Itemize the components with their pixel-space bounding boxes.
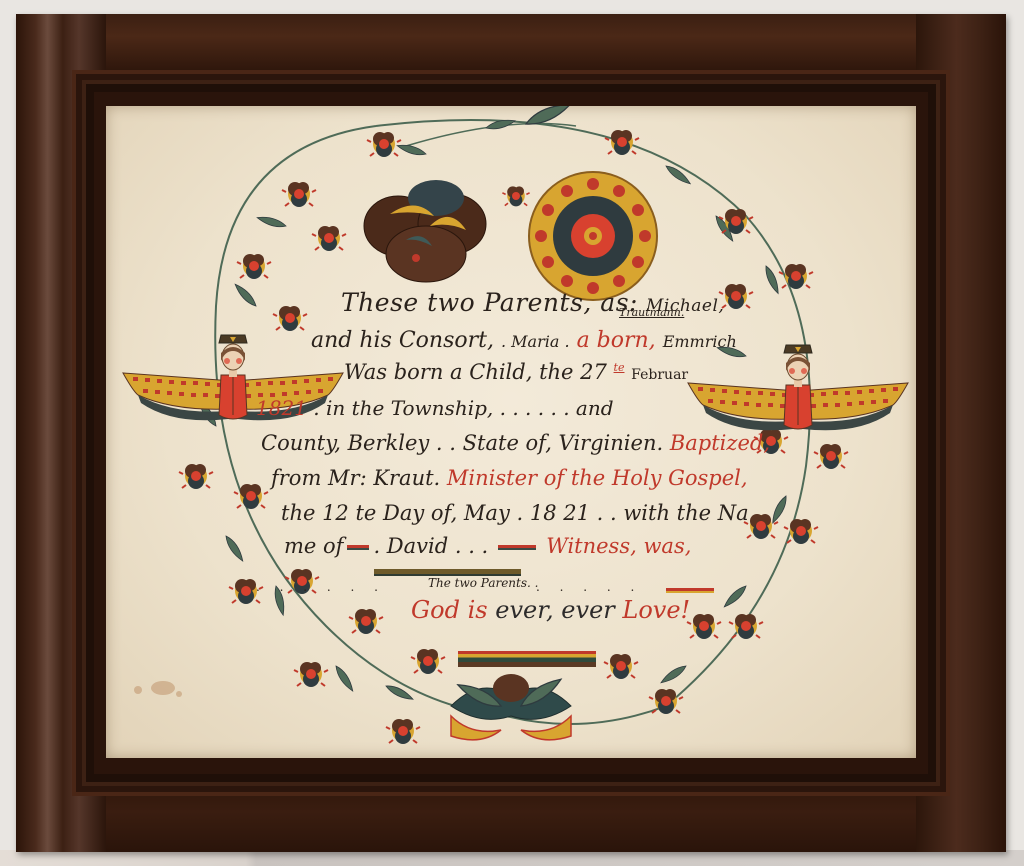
motto-part: Love! <box>622 596 690 624</box>
baptism-date: the 12 te Day of, May . 18 21 . . with t… <box>281 501 749 525</box>
consort-lead: and his Consort, <box>311 328 494 353</box>
motto: God is ever, ever Love! <box>411 596 690 624</box>
red-dash <box>498 545 536 550</box>
text-line-township: 1821 . in the Township, . . . . . . and <box>256 396 614 420</box>
mother-name: . Maria . <box>501 332 570 351</box>
motto-part: God is <box>411 596 488 624</box>
striped-bar <box>458 651 596 667</box>
name-lead: me of <box>284 534 343 558</box>
minister-name: from Mr: Kraut. <box>271 466 440 490</box>
county-text: County, Berkley . . <box>261 431 456 455</box>
wall-background <box>0 850 1024 866</box>
red-dash <box>347 545 369 550</box>
text-line-minister: from Mr: Kraut. Minister of the Holy Gos… <box>271 466 748 490</box>
and-word: and <box>576 396 614 420</box>
bottom-bouquet <box>451 674 571 740</box>
parents-lead: These two Parents, as: <box>341 288 638 317</box>
day-suffix: te <box>614 361 625 374</box>
text-line-county: County, Berkley . . State of, Virginien.… <box>261 431 770 455</box>
frame-top <box>16 14 1006 70</box>
yellow-rosette-flower <box>529 172 657 300</box>
text-line-birth: Was born a Child, the 27 te Februar <box>344 360 688 384</box>
winged-figure-right <box>688 345 908 430</box>
surname: Trautmann. <box>619 306 684 319</box>
township-text: . in the Township, . . . . . . <box>313 396 569 420</box>
birth-month: Februar <box>631 367 688 383</box>
text-line-baptism-date: the 12 te Day of, May . 18 21 . . with t… <box>281 501 749 525</box>
dotted-leader: . . . . . <box>536 580 642 594</box>
minister-title: Minister of the Holy Gospel, <box>447 466 748 490</box>
ornamental-bar <box>374 569 521 576</box>
birth-year: 1821 <box>256 396 307 420</box>
birth-lead: Was born a Child, the 27 <box>344 360 607 384</box>
ornamental-dash <box>666 588 714 593</box>
text-line-consort: and his Consort, . Maria . a born, Emmri… <box>311 328 737 353</box>
maiden-name: Emmrich <box>663 332 737 351</box>
motto-part: ever, ever <box>495 596 615 624</box>
child-name: . David . . . <box>373 534 488 558</box>
text-line-child-name: me of. David . . .Witness, was, <box>284 534 691 558</box>
born-label: a born, <box>577 328 656 353</box>
witness-names: The two Parents. . <box>428 576 538 590</box>
brown-tulip-flower <box>364 180 486 282</box>
dotted-leader: . . . . . . <box>256 580 386 594</box>
state-text: State of, Virginien. <box>463 431 663 455</box>
witness-text: Witness, was, <box>546 534 691 558</box>
fraktur-paper: These two Parents, as:Michael, Trautmann… <box>106 106 916 758</box>
baptized-word: Baptized, <box>670 431 770 455</box>
